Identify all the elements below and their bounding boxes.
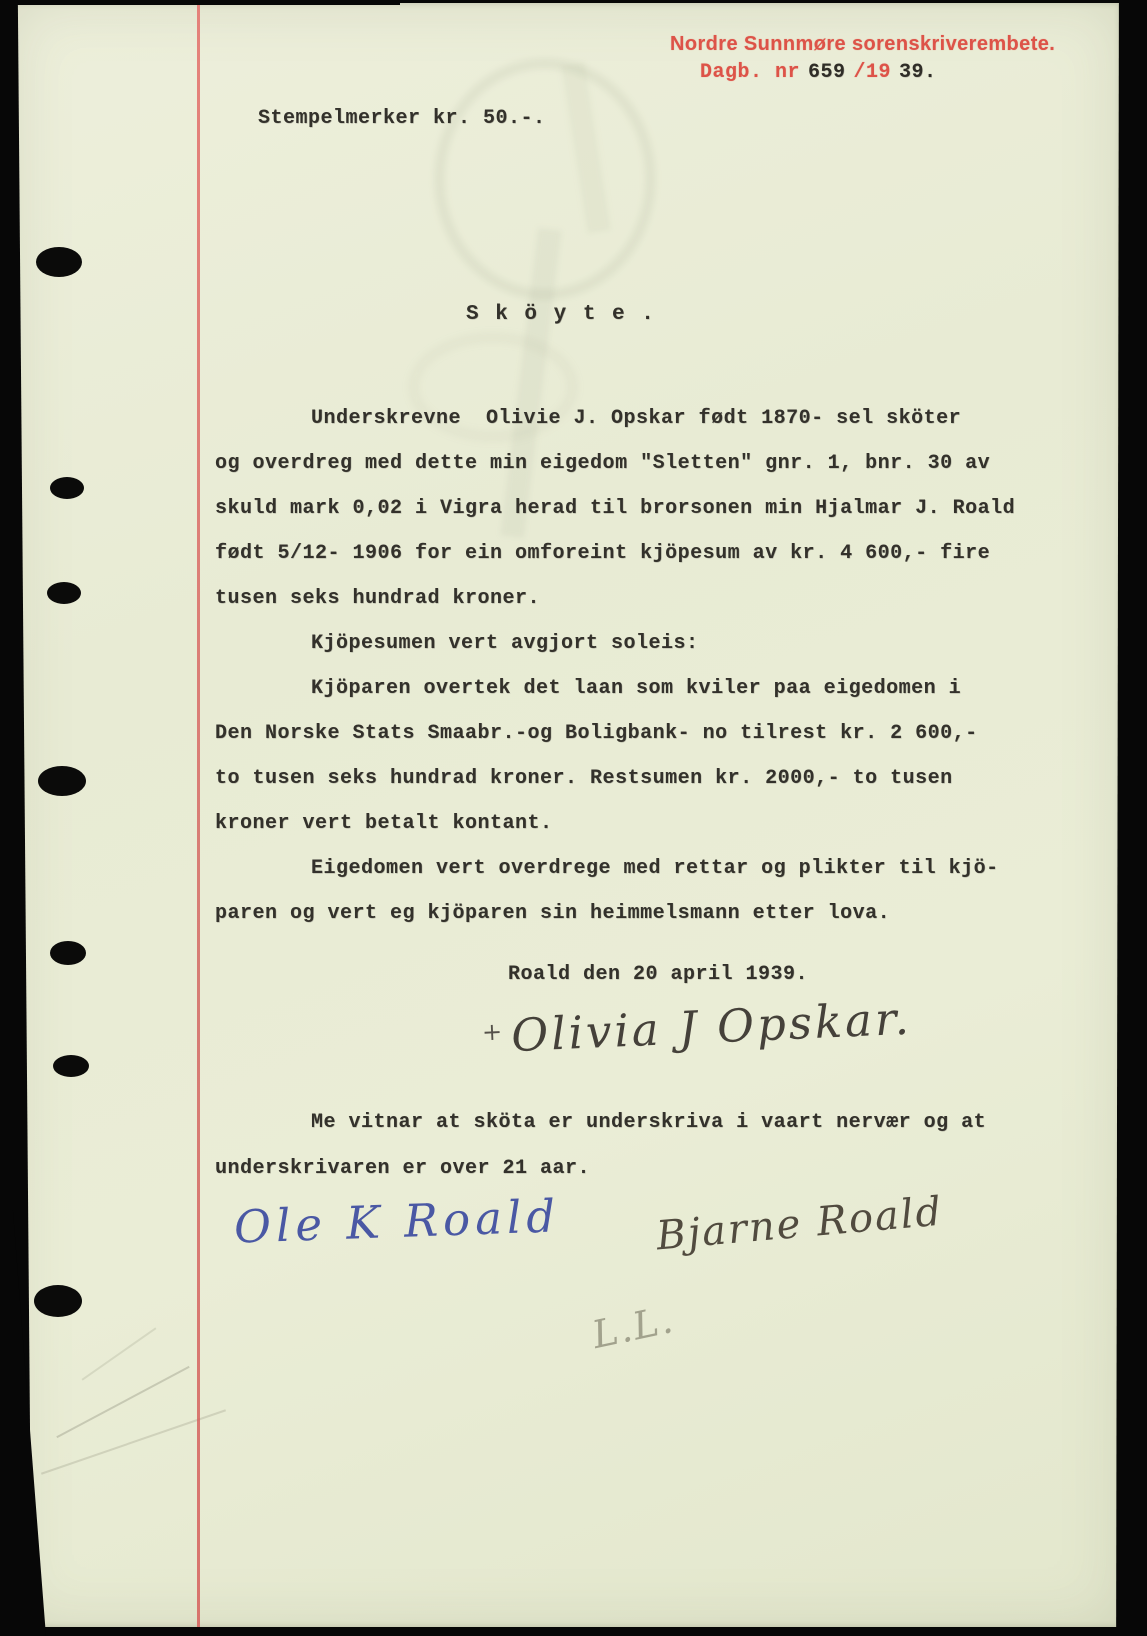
red-margin-rule xyxy=(197,3,200,1627)
journal-number: 659 xyxy=(808,61,846,84)
witness-attestation-text: Me vitnar at sköta er underskriva i vaar… xyxy=(215,1100,1040,1192)
body-line: kroner vert betalt kontant. xyxy=(215,801,1040,846)
body-line: to tusen seks hundrad kroner. Restsumen … xyxy=(215,756,1040,801)
punch-hole xyxy=(47,582,81,604)
witness-line: underskrivaren er over 21 aar. xyxy=(215,1146,1040,1192)
journal-label: Dagb. nr xyxy=(700,61,800,84)
seller-signature-text: Olivia J Opskar. xyxy=(510,992,913,1062)
stamp-duty-note: Stempelmerker kr. 50.-. xyxy=(258,107,546,130)
seller-signature: +Olivia J Opskar. xyxy=(481,992,913,1064)
body-line: Den Norske Stats Smaabr.-og Boligbank- n… xyxy=(215,711,1040,756)
witness-line: Me vitnar at sköta er underskriva i vaar… xyxy=(215,1100,1040,1146)
journal-year: 39. xyxy=(899,61,937,84)
signature-cross-mark: + xyxy=(481,1017,505,1046)
witness-signature-left: Ole K Roald xyxy=(233,1189,561,1253)
body-line: skuld mark 0,02 i Vigra herad til brorso… xyxy=(215,486,1040,531)
journal-fraction: /19 xyxy=(854,61,892,84)
punch-hole xyxy=(53,1055,89,1077)
body-line: født 5/12- 1906 for ein omforeint kjöpes… xyxy=(215,531,1040,576)
bleedthrough-decoration xyxy=(561,62,611,234)
punch-hole xyxy=(34,1285,82,1317)
punch-hole xyxy=(50,941,86,965)
place-and-date-line: Roald den 20 april 1939. xyxy=(508,963,808,986)
bleedthrough-decoration xyxy=(434,58,656,300)
punch-hole xyxy=(50,477,84,499)
punch-hole xyxy=(36,247,82,277)
body-line: Eigedomen vert overdrege med rettar og p… xyxy=(215,846,1040,891)
body-line: og overdreg med dette min eigedom "Slett… xyxy=(215,441,1040,486)
registry-office-stamp: Nordre Sunnmøre sorenskriverembete. xyxy=(670,33,1055,56)
body-line: Underskrevne Olivie J. Opskar født 1870-… xyxy=(215,396,1040,441)
body-line: paren og vert eg kjöparen sin heimmelsma… xyxy=(215,891,1040,936)
witness-signature-right: Bjarne Roald xyxy=(655,1189,945,1260)
punch-hole xyxy=(38,766,86,796)
scanned-document-page: Nordre Sunnmøre sorenskriverembete. Dagb… xyxy=(0,0,1147,1636)
journal-number-stamp: Dagb. nr 659 /19 39. xyxy=(700,61,945,84)
body-line: tusen seks hundrad kroner. xyxy=(215,576,1040,621)
scratch-mark xyxy=(56,1366,189,1438)
body-line: Kjöpesumen vert avgjort soleis: xyxy=(215,621,1040,666)
paper-sheet: Nordre Sunnmøre sorenskriverembete. Dagb… xyxy=(14,3,1120,1627)
scan-edge-top xyxy=(0,0,400,5)
deed-body-text: Underskrevne Olivie J. Opskar født 1870-… xyxy=(215,396,1040,936)
scratch-mark xyxy=(82,1327,157,1380)
body-line: Kjöparen overtek det laan som kviler paa… xyxy=(215,666,1040,711)
document-title: S k ö y t e . xyxy=(466,303,656,326)
clerk-initials-mark: L.L. xyxy=(588,1297,678,1357)
